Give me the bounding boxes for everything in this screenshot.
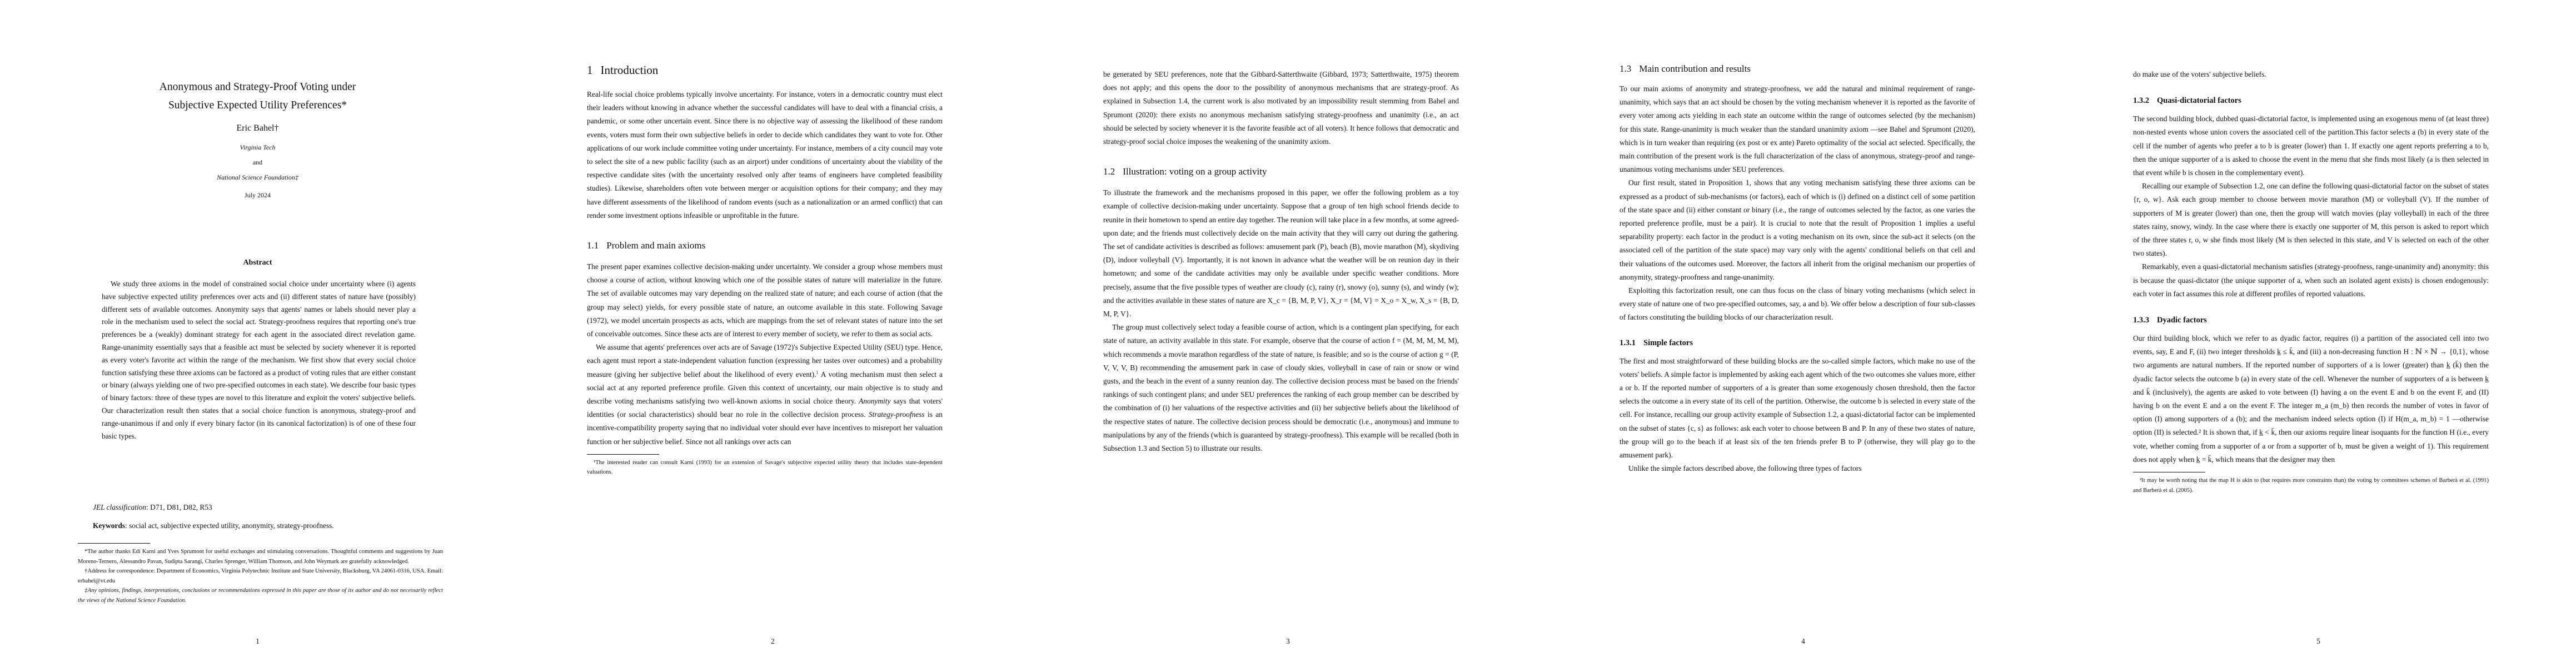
footnote-address: †Address for correspondence: Department … bbox=[78, 566, 443, 586]
subsection-title: Problem and main axioms bbox=[606, 240, 705, 251]
title-line-2: Subjective Expected Utility Preferences* bbox=[0, 96, 515, 115]
subsubsection-heading-1-3-1: 1.3.1Simple factors bbox=[1620, 337, 1975, 349]
page-5-body: do make use of the voters' subjective be… bbox=[2133, 68, 2489, 495]
publication-date: July 2024 bbox=[0, 191, 515, 200]
page-number: 4 bbox=[1546, 637, 2061, 646]
affiliation-and: and bbox=[0, 158, 515, 167]
page-1: Anonymous and Strategy-Proof Voting unde… bbox=[0, 0, 515, 667]
paragraph-group-selection: The group must collectively select today… bbox=[1103, 321, 1459, 455]
title-line-1: Anonymous and Strategy-Proof Voting unde… bbox=[0, 78, 515, 96]
paragraph-assumptions: We assume that agents' preferences over … bbox=[587, 341, 943, 449]
subsubsection-title: Quasi-dictatorial factors bbox=[2157, 96, 2241, 105]
page-3-body: be generated by SEU preferences, note th… bbox=[1103, 68, 1459, 455]
paragraph-first-result: Our first result, stated in Proposition … bbox=[1620, 176, 1975, 284]
page-4-body: 1.3Main contribution and results To our … bbox=[1620, 62, 1975, 475]
jel-value: : D71, D81, D82, R53 bbox=[146, 503, 212, 511]
keywords-label: Keywords bbox=[93, 521, 125, 530]
paragraph-contribution: To our main axioms of anonymity and stra… bbox=[1620, 82, 1975, 176]
paragraph-simple-factors: The first and most straightforward of th… bbox=[1620, 355, 1975, 462]
page-number: 1 bbox=[0, 637, 515, 646]
section-number: 1 bbox=[587, 62, 593, 78]
paragraph-example: Recalling our example of Subsection 1.2,… bbox=[2133, 180, 2489, 260]
jel-label: JEL classification bbox=[93, 503, 146, 511]
footnote-rule bbox=[2133, 472, 2205, 472]
subsection-number: 1.1 bbox=[587, 239, 599, 252]
author-name: Eric Bahel† bbox=[0, 123, 515, 133]
paragraph-quasi-dictatorial: The second building block, dubbed quasi-… bbox=[2133, 112, 2489, 180]
footnote-rule bbox=[78, 543, 150, 544]
subsection-heading-1-1: 1.1Problem and main axioms bbox=[587, 239, 943, 252]
subsection-number: 1.3 bbox=[1620, 62, 1631, 76]
footnotes: *The author thanks Edi Karni and Yves Sp… bbox=[78, 537, 443, 605]
page-3: be generated by SEU preferences, note th… bbox=[1030, 0, 1546, 667]
page-number: 3 bbox=[1030, 637, 1546, 646]
page-4: 1.3Main contribution and results To our … bbox=[1546, 0, 2061, 667]
section-title: Introduction bbox=[601, 63, 659, 77]
intro-paragraph: Real-life social choice problems typical… bbox=[587, 88, 943, 222]
page-number: 5 bbox=[2061, 637, 2576, 646]
page-2-body: 1Introduction Real-life social choice pr… bbox=[587, 62, 943, 477]
subsubsection-title: Simple factors bbox=[1643, 339, 1693, 347]
subsection-number: 1.2 bbox=[1103, 165, 1115, 178]
page-2: 1Introduction Real-life social choice pr… bbox=[515, 0, 1030, 667]
footnote-2: ²It may be worth noting that the map H i… bbox=[2133, 476, 2489, 495]
subsection-title: Illustration: voting on a group activity bbox=[1123, 166, 1267, 177]
subsubsection-number: 1.3.1 bbox=[1620, 337, 1636, 349]
paragraph-unlike: Unlike the simple factors described abov… bbox=[1620, 462, 1975, 475]
footnote-rule bbox=[587, 454, 659, 455]
subsection-title: Main contribution and results bbox=[1639, 63, 1751, 74]
paragraph-continued: do make use of the voters' subjective be… bbox=[2133, 68, 2489, 81]
abstract-heading: Abstract bbox=[0, 258, 515, 267]
jel-classification: JEL classification: D71, D81, D82, R53 bbox=[93, 503, 212, 512]
paragraph-factorization: Exploiting this factorization result, on… bbox=[1620, 284, 1975, 325]
subsubsection-heading-1-3-3: 1.3.3Dyadic factors bbox=[2133, 314, 2489, 326]
keywords-value: : social act, subjective expected utilit… bbox=[125, 521, 334, 530]
subsubsection-heading-1-3-2: 1.3.2Quasi-dictatorial factors bbox=[2133, 94, 2489, 107]
footnote-1: ¹The interested reader can consult Karni… bbox=[587, 458, 943, 477]
term-anonymity: Anonymity bbox=[859, 397, 890, 405]
paragraph-continued: be generated by SEU preferences, note th… bbox=[1103, 68, 1459, 148]
page-5: do make use of the voters' subjective be… bbox=[2061, 0, 2576, 667]
affiliation-1: Virginia Tech bbox=[0, 143, 515, 152]
term-strategy-proofness: Strategy-proofness bbox=[869, 410, 925, 419]
subsection-heading-1-2: 1.2Illustration: voting on a group activ… bbox=[1103, 165, 1459, 178]
abstract-text: We study three axioms in the model of co… bbox=[102, 278, 416, 442]
footnote-thanks: *The author thanks Edi Karni and Yves Sp… bbox=[78, 547, 443, 566]
paper-title: Anonymous and Strategy-Proof Voting unde… bbox=[0, 78, 515, 115]
paragraph-dyadic: Our third building block, which we refer… bbox=[2133, 332, 2489, 466]
page-number: 2 bbox=[515, 637, 1030, 646]
affiliation-2: National Science Foundation‡ bbox=[0, 173, 515, 182]
keywords: Keywords: social act, subjective expecte… bbox=[93, 521, 334, 530]
subsubsection-number: 1.3.3 bbox=[2133, 314, 2149, 326]
section-heading-introduction: 1Introduction bbox=[587, 62, 943, 78]
subsubsection-title: Dyadic factors bbox=[2157, 316, 2207, 325]
paragraph-remarkably: Remarkably, even a quasi-dictatorial mec… bbox=[2133, 260, 2489, 301]
subsubsection-number: 1.3.2 bbox=[2133, 94, 2149, 107]
paragraph-illustration: To illustrate the framework and the mech… bbox=[1103, 186, 1459, 321]
paragraph-problem: The present paper examines collective de… bbox=[587, 260, 943, 341]
subsection-heading-1-3: 1.3Main contribution and results bbox=[1620, 62, 1975, 76]
footnote-disclaimer: ‡Any opinions, findings, interpretations… bbox=[78, 586, 443, 605]
